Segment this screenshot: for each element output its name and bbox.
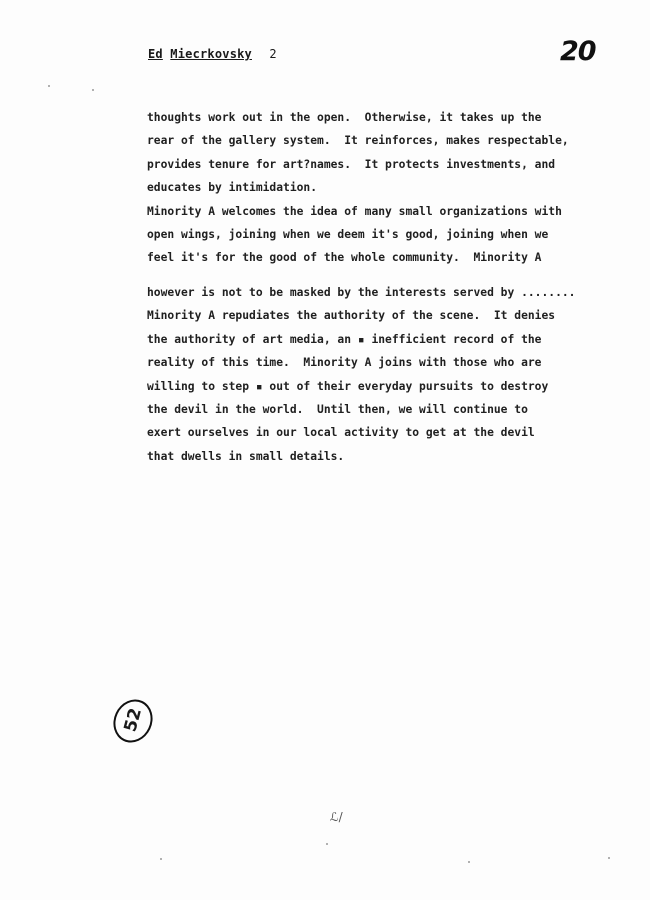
paper-speck	[468, 861, 470, 863]
paper-speck	[92, 89, 94, 91]
text-line: provides tenure for art?names. It protec…	[147, 153, 569, 176]
text-line: reality of this time. Minority A joins w…	[147, 351, 575, 374]
paragraph-1: thoughts work out in the open. Otherwise…	[147, 106, 569, 270]
paper-speck	[48, 85, 50, 87]
circled-number-annotation: 52	[106, 693, 159, 749]
circled-number: 52	[121, 706, 146, 734]
page-header: Ed Miecrkovsky 2	[148, 47, 277, 61]
text-line: Minority A welcomes the idea of many sma…	[147, 200, 569, 223]
paper-speck	[160, 858, 162, 860]
text-line: willing to step ▪ out of their everyday …	[147, 375, 575, 398]
bottom-pencil-mark: ℒ/	[330, 810, 343, 824]
text-line: Minority A repudiates the authority of t…	[147, 304, 575, 327]
text-line: exert ourselves in our local activity to…	[147, 421, 575, 444]
paper-speck	[326, 843, 328, 845]
paragraph-2: however is not to be masked by the inter…	[147, 281, 575, 468]
text-line: that dwells in small details.	[147, 445, 575, 468]
text-line: open wings, joining when we deem it's go…	[147, 223, 569, 246]
document-page: Ed Miecrkovsky 2 20 thoughts work out in…	[0, 0, 650, 900]
text-line: thoughts work out in the open. Otherwise…	[147, 106, 569, 129]
text-line: feel it's for the good of the whole comm…	[147, 246, 569, 269]
text-line: rear of the gallery system. It reinforce…	[147, 129, 569, 152]
text-line: the devil in the world. Until then, we w…	[147, 398, 575, 421]
handwritten-folio-number: 20	[560, 36, 596, 67]
text-line: the authority of art media, an ▪ ineffic…	[147, 328, 575, 351]
author-last-name: Miecrkovsky	[170, 47, 252, 61]
text-line: educates by intimidation.	[147, 176, 569, 199]
paper-speck	[608, 857, 610, 859]
text-line: however is not to be masked by the inter…	[147, 281, 575, 304]
typed-page-number: 2	[269, 47, 276, 61]
author-first-name: Ed	[148, 47, 163, 61]
